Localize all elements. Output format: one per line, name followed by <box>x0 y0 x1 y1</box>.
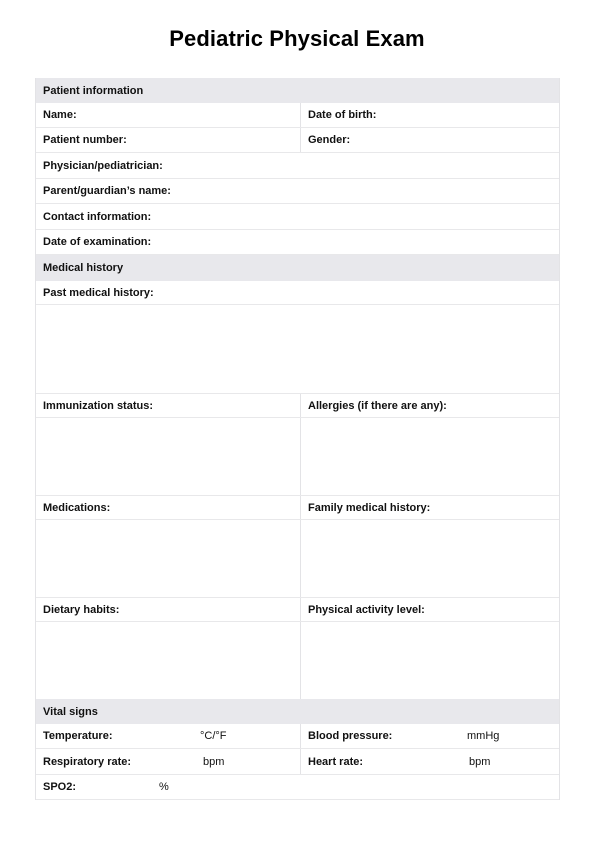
form-row: Contact information: <box>36 204 559 230</box>
family-medical-history-area[interactable] <box>300 520 559 597</box>
spo2-label: SPO2: <box>43 781 76 793</box>
past-medical-history-field[interactable] <box>36 305 559 394</box>
form-row: Date of examination: <box>36 230 559 255</box>
name-field[interactable]: Name: <box>36 103 300 127</box>
form-row: Parent/guardian’s name: <box>36 179 559 204</box>
temperature-label: Temperature: <box>43 730 112 742</box>
form-row: Patient number: Gender: <box>36 128 559 153</box>
date-of-examination-field[interactable]: Date of examination: <box>36 230 559 254</box>
temperature-unit: °C/°F <box>200 730 227 742</box>
dietary-habits-area[interactable] <box>36 622 300 699</box>
form-row: SPO2: % <box>36 775 559 800</box>
section-heading: Vital signs <box>36 699 559 724</box>
physical-activity-level-label: Physical activity level: <box>300 598 559 621</box>
spo2-field[interactable]: SPO2: % <box>36 775 559 799</box>
medications-label: Medications: <box>36 496 300 519</box>
allergies-area[interactable] <box>300 418 559 495</box>
spo2-unit: % <box>159 781 169 793</box>
dietary-habits-label: Dietary habits: <box>36 598 300 621</box>
section-header-patient-information: Patient information <box>36 78 559 103</box>
patient-number-field[interactable]: Patient number: <box>36 128 300 152</box>
heart-rate-field[interactable]: Heart rate: bpm <box>300 749 559 774</box>
exam-form-table: Patient information Name: Date of birth:… <box>35 78 560 800</box>
physical-activity-level-area[interactable] <box>300 622 559 699</box>
respiratory-rate-unit: bpm <box>203 756 224 768</box>
gender-field[interactable]: Gender: <box>300 128 559 152</box>
section-header-vital-signs: Vital signs <box>36 699 559 724</box>
temperature-field[interactable]: Temperature: °C/°F <box>36 724 300 748</box>
heart-rate-label: Heart rate: <box>308 756 363 768</box>
form-row: Dietary habits: Physical activity level: <box>36 598 559 622</box>
section-heading: Patient information <box>36 78 559 103</box>
page-title: Pediatric Physical Exam <box>0 26 594 52</box>
heart-rate-unit: bpm <box>469 756 490 768</box>
past-medical-history-label: Past medical history: <box>36 281 559 304</box>
form-row: Past medical history: <box>36 281 559 305</box>
form-row <box>36 520 559 598</box>
date-of-birth-field[interactable]: Date of birth: <box>300 103 559 127</box>
respiratory-rate-field[interactable]: Respiratory rate: bpm <box>36 749 300 774</box>
form-row: Immunization status: Allergies (if there… <box>36 394 559 418</box>
form-row <box>36 418 559 496</box>
section-heading: Medical history <box>36 255 559 281</box>
blood-pressure-field[interactable]: Blood pressure: mmHg <box>300 724 559 748</box>
past-medical-history-area[interactable] <box>36 305 559 393</box>
section-header-medical-history: Medical history <box>36 255 559 281</box>
respiratory-rate-label: Respiratory rate: <box>43 756 131 768</box>
form-row: Medications: Family medical history: <box>36 496 559 520</box>
form-row: Temperature: °C/°F Blood pressure: mmHg <box>36 724 559 749</box>
immunization-status-label: Immunization status: <box>36 394 300 417</box>
blood-pressure-label: Blood pressure: <box>308 730 392 742</box>
blood-pressure-unit: mmHg <box>467 730 499 742</box>
family-medical-history-label: Family medical history: <box>300 496 559 519</box>
allergies-label: Allergies (if there are any): <box>300 394 559 417</box>
medications-area[interactable] <box>36 520 300 597</box>
form-row: Physician/pediatrician: <box>36 153 559 179</box>
parent-guardian-field[interactable]: Parent/guardian’s name: <box>36 179 559 203</box>
form-row <box>36 622 559 699</box>
physician-field[interactable]: Physician/pediatrician: <box>36 153 559 178</box>
contact-information-field[interactable]: Contact information: <box>36 204 559 229</box>
form-row: Name: Date of birth: <box>36 103 559 128</box>
immunization-status-area[interactable] <box>36 418 300 495</box>
form-row: Respiratory rate: bpm Heart rate: bpm <box>36 749 559 775</box>
